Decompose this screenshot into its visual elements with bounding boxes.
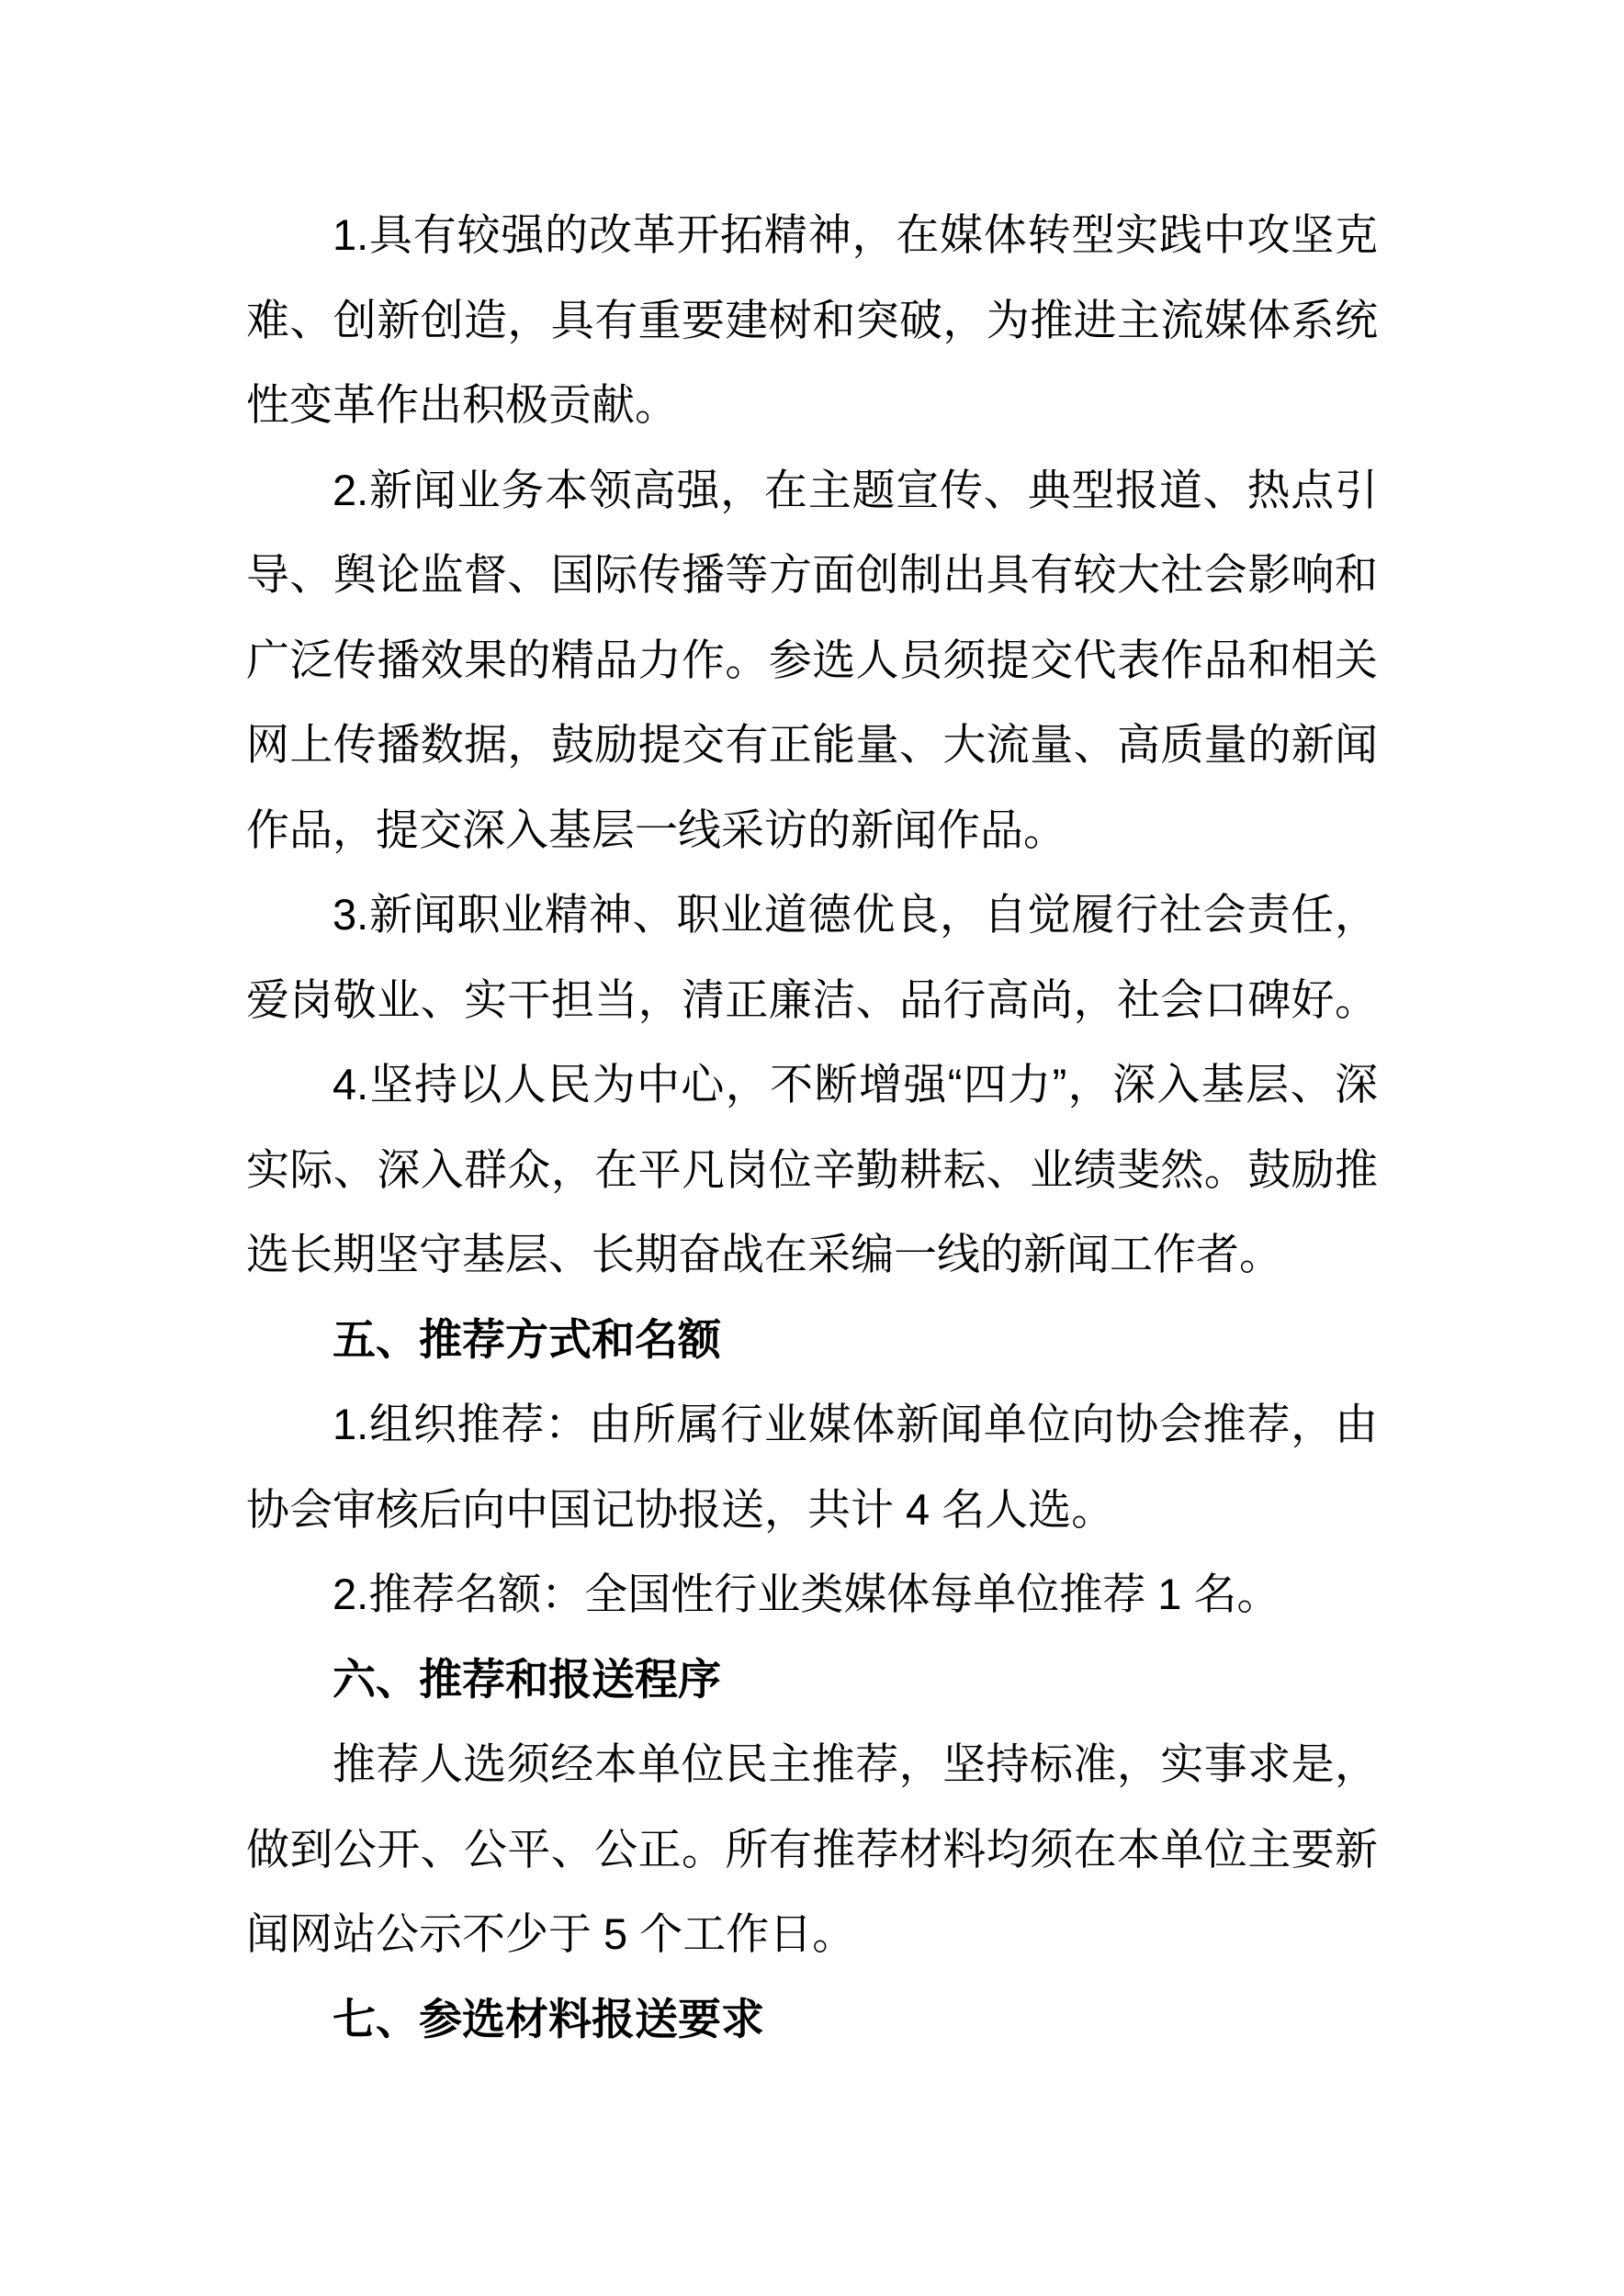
section-heading: 五、推荐方式和名额	[246, 1298, 1378, 1383]
section-heading: 七、参选材料报送要求	[246, 1977, 1378, 2063]
document-body: 1.具有较强的改革开拓精神，在媒体转型实践中攻坚克难、创新创造，具有重要建树和突…	[246, 193, 1378, 2062]
text-line: 协会审核后向中国记协报送，共计 4 名人选。	[246, 1468, 1378, 1553]
text-line: 网上传播数据，鼓励提交有正能量、大流量、高质量的新闻	[246, 703, 1378, 788]
document-page: 1.具有较强的改革开拓精神，在媒体转型实践中攻坚克难、创新创造，具有重要建树和突…	[0, 0, 1624, 2296]
text-line: 做到公开、公平、公正。所有推荐材料均须在本单位主要新	[246, 1807, 1378, 1893]
text-line: 3.新闻职业精神、职业道德优良，自觉履行社会责任，	[246, 872, 1378, 958]
text-line: 性变革作出积极贡献。	[246, 363, 1378, 448]
text-line: 广泛传播效果的精品力作。参选人员须提交代表作品和相关	[246, 618, 1378, 703]
section-heading: 六、推荐和报送程序	[246, 1638, 1378, 1723]
text-line: 闻网站公示不少于 5 个工作日。	[246, 1892, 1378, 1977]
text-line: 1.具有较强的改革开拓精神，在媒体转型实践中攻坚克	[246, 193, 1378, 278]
text-line: 推荐人选须经本单位民主推荐，坚持标准，实事求是，	[246, 1722, 1378, 1807]
text-line: 爱岗敬业、实干担当，清正廉洁、品行高尚，社会口碑好。	[246, 958, 1378, 1043]
text-line: 难、创新创造，具有重要建树和突破，为推进主流媒体系统	[246, 278, 1378, 364]
text-line: 选长期坚守基层、长期奋战在采编一线的新闻工作者。	[246, 1212, 1378, 1298]
text-line: 2.新闻业务本领高强，在主题宣传、典型报道、热点引	[246, 448, 1378, 534]
text-line: 作品，提交深入基层一线采访的新闻作品。	[246, 788, 1378, 873]
text-line: 2.推荐名额：全国性行业类媒体每单位推荐 1 名。	[246, 1552, 1378, 1638]
text-line: 导、舆论监督、国际传播等方面创制出具有较大社会影响和	[246, 533, 1378, 618]
text-line: 1.组织推荐：由所属行业媒体新闻单位向协会推荐，由	[246, 1382, 1378, 1468]
text-line: 实际、深入群众，在平凡岗位辛勤耕耘、业绩斐然。鼓励推	[246, 1128, 1378, 1213]
text-line: 4.坚持以人民为中心，不断增强“四力”，深入基层、深入	[246, 1042, 1378, 1128]
